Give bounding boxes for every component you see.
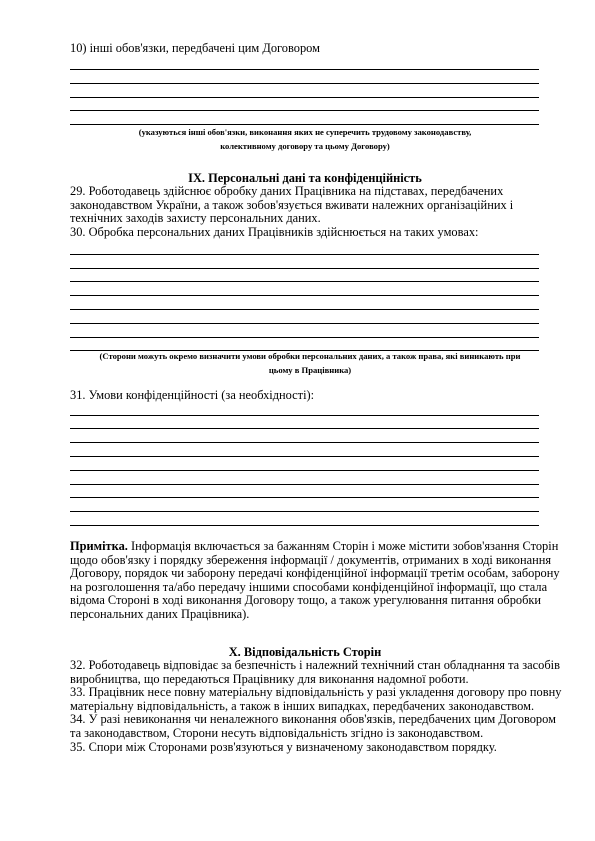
fill-line[interactable] — [70, 525, 539, 526]
section-10-body: 32. Роботодавець відповідає за безпечніс… — [70, 659, 545, 754]
paragraph-29: 29. Роботодавець здійснює обробку даних … — [70, 185, 545, 226]
paragraph-line: матеріальну відповідальність, а також в … — [70, 700, 545, 714]
paragraph-line: 29. Роботодавець здійснює обробку даних … — [70, 185, 545, 199]
paragraph-line: та законодавством, Сторони несуть відпов… — [70, 727, 545, 741]
fill-line[interactable] — [70, 511, 539, 512]
paragraph-31: 31. Умови конфіденційності (за необхідно… — [70, 389, 314, 403]
section-10-title: X. Відповідальність Сторін — [70, 645, 540, 659]
item-10-text: 10) інші обов'язки, передбачені цим Дого… — [70, 42, 320, 56]
fill-line[interactable] — [70, 323, 539, 324]
fill-line[interactable] — [70, 281, 539, 282]
fill-line[interactable] — [70, 337, 539, 338]
fill-line[interactable] — [70, 415, 539, 416]
fill-line[interactable] — [70, 309, 539, 310]
fill-line[interactable] — [70, 254, 539, 255]
paragraph-line: 34. У разі невиконання чи неналежного ви… — [70, 713, 545, 727]
note-block: Примітка. Інформація включається за бажа… — [70, 540, 545, 622]
fill-line[interactable] — [70, 442, 539, 443]
fill-line[interactable] — [70, 83, 539, 84]
note-label: Примітка. — [70, 539, 128, 553]
hint-line: цьому в Працівника) — [75, 363, 545, 377]
hint-line: (Сторони можуть окремо визначити умови о… — [75, 349, 545, 363]
fill-line[interactable] — [70, 268, 539, 269]
fill-line[interactable] — [70, 110, 539, 111]
note-line: щодо обов'язку і порядку збереження інфо… — [70, 554, 545, 568]
fill-line[interactable] — [70, 69, 539, 70]
paragraph-30-hint: (Сторони можуть окремо визначити умови о… — [75, 349, 545, 377]
fill-line[interactable] — [70, 97, 539, 98]
item-10-hint: (указуються інші обов'язки, виконання як… — [70, 125, 540, 153]
paragraph-line: законодавством України, а також зобов'яз… — [70, 199, 545, 213]
paragraph-30: 30. Обробка персональних даних Працівник… — [70, 226, 478, 240]
fill-line[interactable] — [70, 295, 539, 296]
paragraph-line: технічних заходів захисту персональних д… — [70, 212, 545, 226]
fill-line[interactable] — [70, 470, 539, 471]
document-page: 10) інші обов'язки, передбачені цим Дого… — [0, 0, 595, 841]
paragraph-line: виробництва, що передаються Працівнику д… — [70, 673, 545, 687]
hint-line: (указуються інші обов'язки, виконання як… — [70, 125, 540, 139]
fill-line[interactable] — [70, 428, 539, 429]
note-line: персональних даних Працівника). — [70, 608, 545, 622]
note-line: Договору, порядок чи заборону передачі к… — [70, 567, 545, 581]
paragraph-line: 35. Спори між Сторонами розв'язуються у … — [70, 741, 545, 755]
section-9-title: IX. Персональні дані та конфіденційність — [70, 171, 540, 185]
note-line: на розголошення та/або передачу іншими с… — [70, 581, 545, 595]
fill-line[interactable] — [70, 497, 539, 498]
hint-line: колективному договору та цьому Договору) — [70, 139, 540, 153]
note-line: відома Стороні в ході виконання Договору… — [70, 594, 545, 608]
fill-line[interactable] — [70, 484, 539, 485]
fill-line[interactable] — [70, 456, 539, 457]
paragraph-line: 32. Роботодавець відповідає за безпечніс… — [70, 659, 545, 673]
paragraph-line: 33. Працівник несе повну матеріальну від… — [70, 686, 545, 700]
note-text: Інформація включається за бажанням Сторі… — [128, 539, 558, 553]
